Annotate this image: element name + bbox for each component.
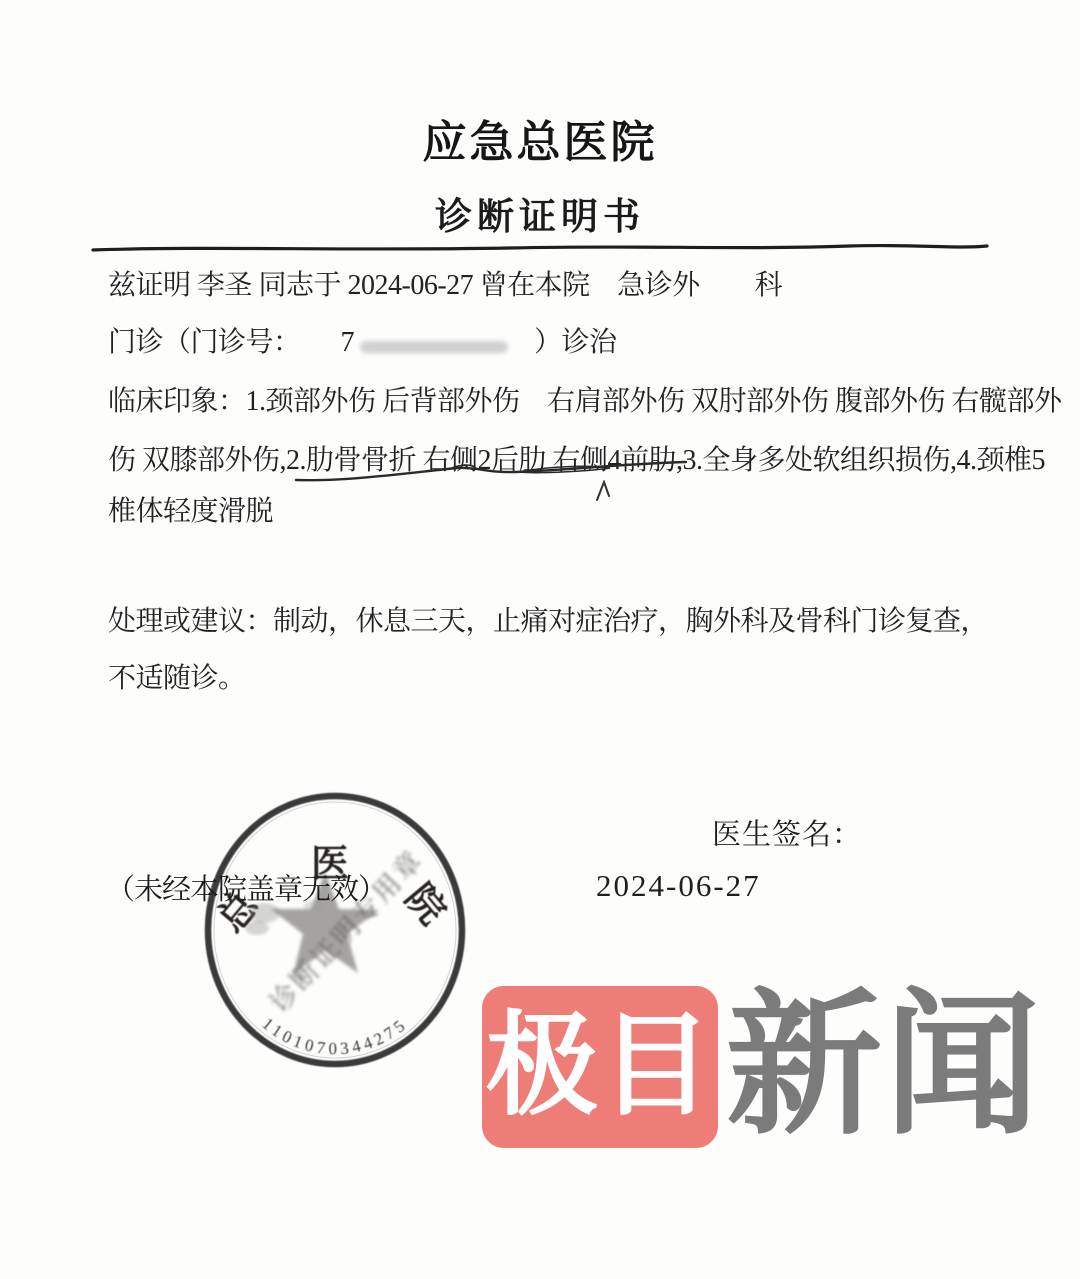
caret-mark xyxy=(594,480,614,502)
document-title: 诊断证明书 xyxy=(0,186,1080,240)
clinical-impression-line3: 椎体轻度滑脱 xyxy=(108,489,273,529)
watermark-box: 极目 xyxy=(482,986,718,1148)
clinic-line-prefix: 门诊（门诊号： xyxy=(108,327,301,358)
certify-line: 兹证明 李圣 同志于 2024-06-27 曾在本院 急诊外 科 xyxy=(108,263,782,303)
watermark-plain-text: 新闻 xyxy=(726,980,1042,1153)
hand-underline xyxy=(290,452,694,488)
signature-date: 2024-06-27 xyxy=(596,868,761,904)
clinic-number: 7 xyxy=(341,327,355,358)
watermark-right: 新闻 xyxy=(726,978,1066,1156)
advice-line1: 处理或建议：制动，休息三天，止痛对症治疗，胸外科及骨科门诊复查， xyxy=(108,599,988,639)
clinical-impression-line1: 临床印象：1.颈部外伤 后背部外伤 右肩部外伤 双肘部外伤 腹部外伤 右髋部外 xyxy=(108,379,1062,419)
diagnosis-certificate-page: 应急总医院 诊断证明书 兹证明 李圣 同志于 2024-06-27 曾在本院 急… xyxy=(0,0,1080,1279)
advice-line2: 不适随诊。 xyxy=(108,656,246,696)
clinic-line: 门诊（门诊号：7）诊治 xyxy=(108,320,617,360)
redacted-number-smudge xyxy=(360,341,508,353)
hospital-name: 应急总医院 xyxy=(0,106,1080,170)
doctor-signature-label: 医生签名： xyxy=(712,812,862,853)
stamp-invalid-note: （未经本院盖章无效） xyxy=(106,867,386,908)
clinic-line-suffix: ）诊治 xyxy=(534,327,617,358)
hospital-stamp: 总 医 院 诊断证明专用章 1101070344275 xyxy=(194,788,476,1072)
header-divider-line xyxy=(90,240,990,256)
watermark-boxed-text: 极目 xyxy=(486,1011,714,1123)
